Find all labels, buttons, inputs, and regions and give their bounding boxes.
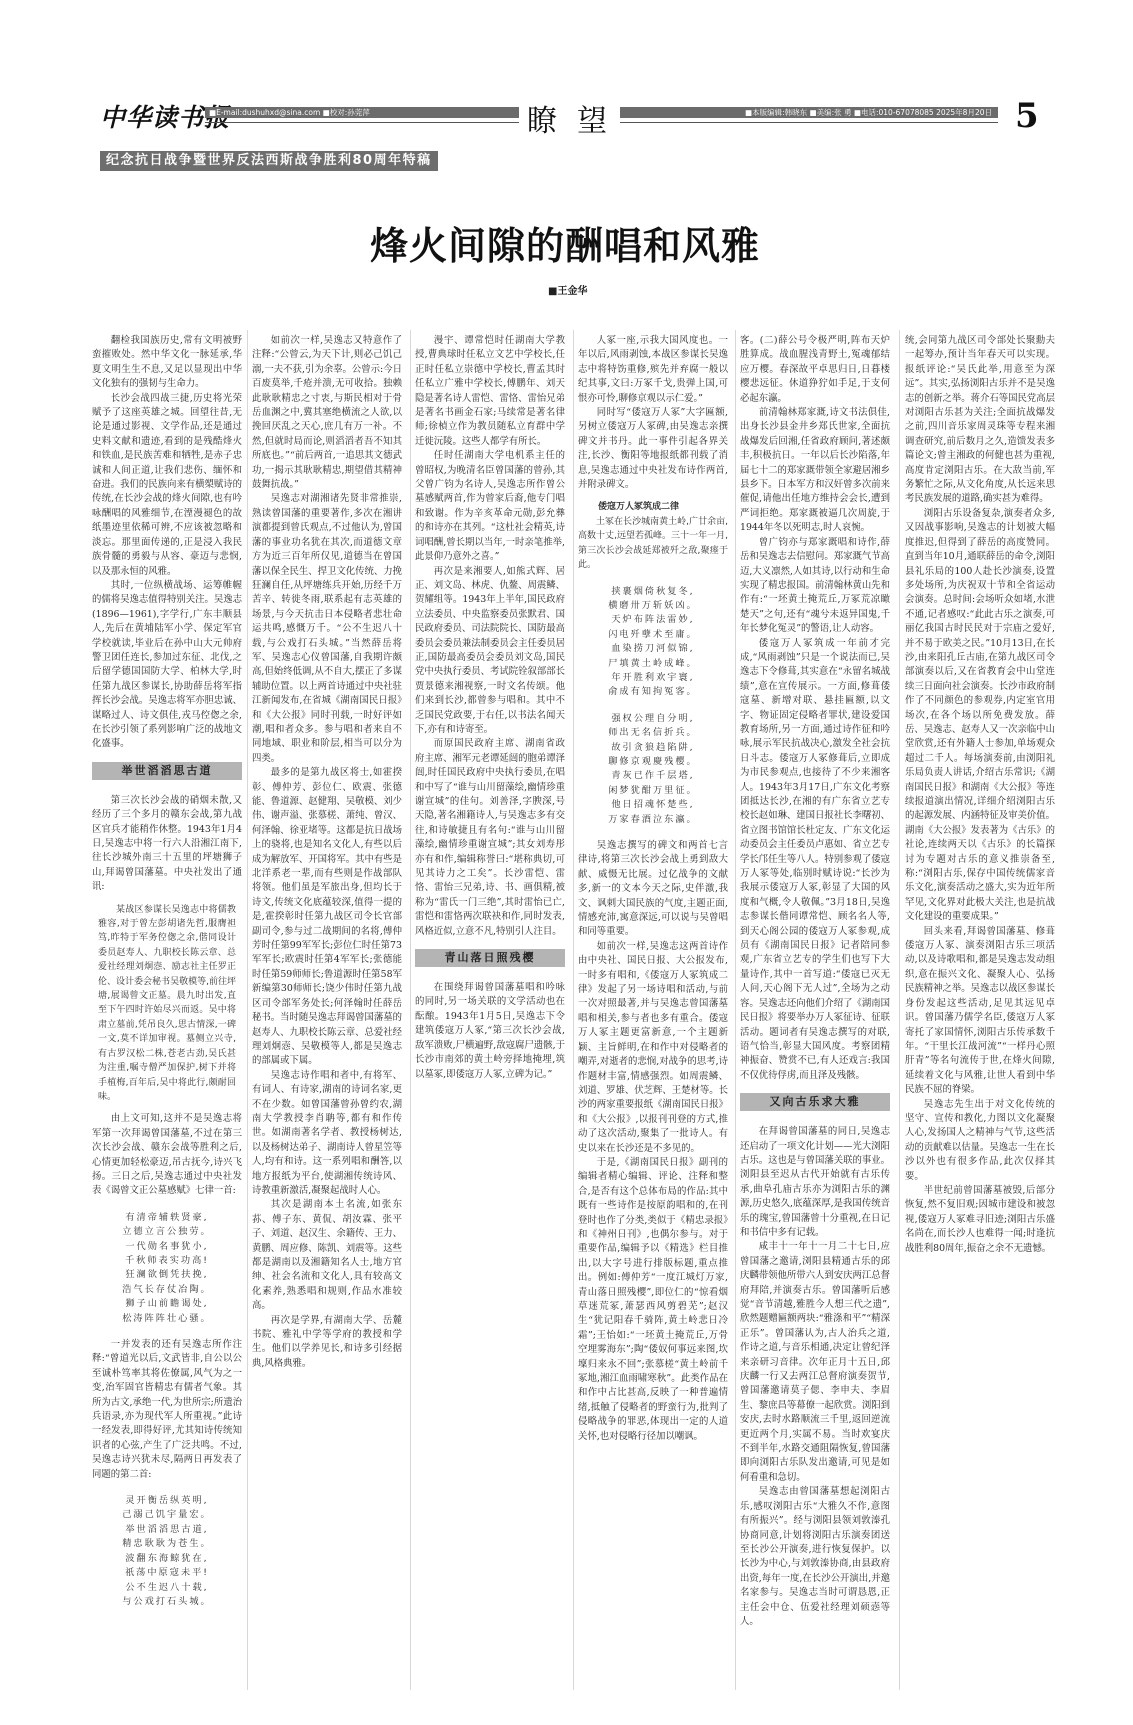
paragraph: 在围绕拜谒曾国藩墓唱和吟咏的同时,另一场关联的文学活动也在酝酿。1943年1月5… [415,981,565,1082]
column-divider [247,330,248,1690]
poem-line: 聊修京观慶残樱。 [578,755,728,769]
paragraph: 于是,《湖南国民日报》副刊的编辑者精心编辑、评论、注释和整合,是否有这个总体布局… [578,1156,728,1444]
news-dispatch-quote: 某战区参谋长吴逸志中将儒教雅容,对于曾左彭胡诸先哲,服膺袒笃,昨特于军务倥偬之余… [92,903,242,1105]
poem-line: 一代勋名事犹小, [92,1240,242,1254]
poem-line: 狮子山前瞻谒处, [92,1297,242,1311]
poem-line: 血染捞刀河似锦, [578,642,728,656]
paragraph: 如前次一样,吴逸志又特意作了注释:“公曾云,为天下计,则必己饥己溺,一夫不获,引… [252,334,402,492]
column-divider [735,330,736,1690]
poem-intro: 土冢在长沙城南黄土岭,广廿余亩,高数十丈,远望若孤峰。三十一年一月,第三次长沙会… [578,515,728,573]
poem-line: 横磨卅万斩妖凶。 [578,599,728,613]
poem-line: 祇荡中原寇未平! [92,1566,242,1580]
paragraph: 由上文可知,这并不是吴逸志将军第一次拜谒曾国藩墓,不过在第三次长沙会战、赣东会战… [92,1112,242,1198]
paragraph: 回头来看,拜谒曾国藩墓、修葺倭寇万人冢、演奏浏阳古乐三项活动,以及诗歌唱和,都是… [905,925,1055,1098]
poem-line: 公不生迟八十载, [92,1581,242,1595]
column-divider [573,330,574,1690]
poem: 挟裹烟倚秋复冬, 横磨卅万斩妖凶。 天炉布阵法雷妙, 闪电歼孽术至庸。 血染捞刀… [578,585,728,700]
poem-title: 倭寇万人冢筑成二律 [578,500,728,514]
subheading: 举世滔滔思古道 [92,762,242,780]
paragraph: 而原国民政府主席、湖南省政府主席、湘军元老谭延闿的胞弟谭泽闿,时任国民政府中央执… [415,737,565,939]
poem-line: 与公戏打石头城。 [92,1595,242,1609]
paragraph: 长沙会战四战三捷,历史将光荣赋予了这座英雄之城。回望往昔,无论是通过影视、文学作… [92,392,242,579]
poem-line: 举世滔滔思古道, [92,1523,242,1537]
article-column-5: 客。(二)薛公号令极严明,阵布天炉胜算成。战血腥浅青野土,冤魂郁结应万樱。春深故… [740,334,890,1629]
poem-line: 千秋师表实功高! [92,1254,242,1268]
paragraph: 浏阳古乐设备复杂,演奏者众多,又因战事影响,吴逸志的计划被大幅度推迟,但得到了薛… [905,507,1055,925]
poem: 强权公理自分明, 师出无名信折兵。 故引贪狼趋陷阱, 聊修京观慶残樱。 青灰已作… [578,712,728,827]
paragraph: 最多的是第九战区将士,如霍揆彰、傅仲芳、彭位仁、欧震、张德能、鲁道源、赵健翔、吴… [252,766,402,1069]
paragraph: 吴逸志对湖湘诸先贤非常推崇,熟读曾国藩的重要著作,多次在湘讲演都提到曾氏观点,不… [252,492,402,766]
paragraph: 半世纪前曾国藩墓被毁,后部分恢复,然不复旧观;因城市建设和被忽视,倭寇万人冢难寻… [905,1184,1055,1256]
paragraph: 任时任湖南大学电机系主任的曾昭权,为晚清名臣曾国藩的曾孙,其父曾广钧为名诗人,吴… [415,449,565,564]
paragraph: 倭寇万人冢筑成一年前才完成,“风雨剥蚀”只是一个说法而已,吴逸志下令修葺,其实意… [740,637,890,1084]
header-rule-right [620,122,998,123]
poem: 有清帝辅轶贤豪, 立德立言公独劳。 一代勋名事犹小, 千秋师表实功高! 狂澜欲倒… [92,1211,242,1326]
poem-line: 年开胜利欢宇寰, [578,671,728,685]
newspaper-page: 中华读书报 ■E-mail:dushuhxd@sina.com ■校对:孙莞萍 … [0,0,1133,1725]
header-rule-left [205,122,519,123]
paragraph: 第三次长沙会战的硝烟未散,又经历了三个多月的赣东会战,第九战区官兵才能稍作休整。… [92,794,242,895]
poem-line: 师出无名信折兵。 [578,726,728,740]
poem-line: 尸填黄土岭成峰。 [578,657,728,671]
poem-line: 天炉布阵法雷妙, [578,613,728,627]
poem-line: 松涛阵阵壮心骚。 [92,1312,242,1326]
paragraph: 在拜谒曾国藩墓的同日,吴逸志还启动了一项文化计划——光大浏阳古乐。这也是与曾国藩… [740,1125,890,1240]
paragraph: 吴逸志先生出于对文化传统的坚守、宣传和教化,力图以文化凝聚人心,发扬国人之精神与… [905,1098,1055,1184]
special-feature-banner: 纪念抗日战争暨世界反法西斯战争胜利80周年特稿 [100,151,438,171]
article-column-4: 人冢一座,示我大国风度也。一年以后,风雨剥蚀,本战区参谋长吴逸志中将特饬重修,殡… [578,334,728,1444]
poem-line: 精忠耿耿为苍生。 [92,1537,242,1551]
poem-line: 故引贪狼趋陷阱, [578,741,728,755]
poem-line: 立德立言公独劳。 [92,1225,242,1239]
paragraph: 咸丰十一年十一月二十七日,应曾国藩之邀请,浏阳县精通古乐的邱庆麟带领他所带六人到… [740,1240,890,1485]
editor-info-bar: ■本版编辑:韩晓东 ■美编:张 勇 ■电话:010-67078085 2025年… [620,107,998,118]
section-name: 瞭望 [527,96,627,140]
contact-bar: ■E-mail:dushuhxd@sina.com ■校对:孙莞萍 [205,107,519,118]
paragraph: 人冢一座,示我大国风度也。一年以后,风雨剥蚀,本战区参谋长吴逸志中将特饬重修,殡… [578,334,728,406]
poem-line: 己溺己饥宇量宏。 [92,1508,242,1522]
poem: 灵开衡岳纵英明, 己溺己饥宇量宏。 举世滔滔思古道, 精忠耿耿为苍生。 波翻东海… [92,1494,242,1609]
poem-line: 浩气长存仗冶陶。 [92,1283,242,1297]
poem-line: 波翻东海鲸犹在, [92,1552,242,1566]
paragraph: 同时写“倭寇万人冢”大字匾额,另树立倭寇万人冢碑,由吴逸志亲撰碑文并书丹。此一事… [578,406,728,492]
column-divider [899,330,900,1690]
article-byline: ■王金华 [548,282,587,297]
poem-line: 闪电歼孽术至庸。 [578,628,728,642]
paragraph: 再次是学界,有湖南大学、岳麓书院、雅礼中学等学府的教授和学生。他们以学养见长,和… [252,1314,402,1372]
paragraph: 一并发表的还有吴逸志所作注释:“曾道光以后,文武皆非,自公以公至诚朴笃率其将佐僚… [92,1338,242,1482]
poem-line: 强权公理自分明, [578,712,728,726]
article-column-6: 统,会同第九战区司令部处长聚勳夫一起筹办,预计当年春天可以实现。报纸评论:“吴氏… [905,334,1055,1256]
paragraph: 再次是来湘要人,如熊式辉、居正、刘文岛、林虎、仇鳌、周震鳞、贺耀组等。1943年… [415,565,565,738]
poem-line: 青灰已作千层塔, [578,769,728,783]
paragraph: 如前次一样,吴逸志这两首诗作由中央社、国民日报、大公报发布,一时多有唱和,《倭寇… [578,940,728,1156]
poem-line: 有清帝辅轶贤豪, [92,1211,242,1225]
subheading: 又向古乐求大雅 [740,1093,890,1111]
paragraph: 前清翰林郑家溉,诗文书法俱佳,出身长沙县金井乡郑氏世家,全面抗战爆发后回湘,任省… [740,406,890,536]
paragraph: 吴逸志撰写的碑文和两首七言律诗,将第三次长沙会战上勇到敌大献、威慑无比展。过亿战… [578,839,728,940]
article-column-1: 翻检我国族历史,常有文明被野蛮摧败处。然中华文化一脉延承,华夏文明生生不息,又足… [92,334,242,1621]
paragraph: 统,会同第九战区司令部处长聚勳夫一起筹办,预计当年春天可以实现。报纸评论:“吴氏… [905,334,1055,507]
poem-line: 闲梦犹酣万里征。 [578,784,728,798]
paragraph: 曾广钧亦与郑家溉唱和诗作,薛岳和吴逸志去信慰问。郑家溉气节高迈,大义凛然,人如其… [740,536,890,637]
column-divider [410,330,411,1690]
article-column-3: 漫宇、谭常恺时任湖南大学教授,曹典球时任私立文艺中学校长,任正时任私立崇德中学校… [415,334,565,1082]
poem-line: 万家春酒泣东瀛。 [578,813,728,827]
article-column-2: 如前次一样,吴逸志又特意作了注释:“公曾云,为天下计,则必己饥己溺,一夫不获,引… [252,334,402,1371]
poem-line: 灵开衡岳纵英明, [92,1494,242,1508]
poem-line: 狂澜欲倒凭扶挽, [92,1268,242,1282]
paragraph: 漫宇、谭常恺时任湖南大学教授,曹典球时任私立文艺中学校长,任正时任私立崇德中学校… [415,334,565,449]
poem-line: 他日招魂怀楚些, [578,798,728,812]
subheading: 青山落日照残樱 [415,949,565,967]
paragraph: 客。(二)薛公号令极严明,阵布天炉胜算成。战血腥浅青野土,冤魂郁结应万樱。春深故… [740,334,890,406]
quote-text: 某战区参谋长吴逸志中将儒教雅容,对于曾左彭胡诸先哲,服膺袒笃,昨特于军务倥偬之余… [98,903,236,1105]
poem-line: 挟裹烟倚秋复冬, [578,585,728,599]
paragraph: 吴逸志由曾国藩墓想起浏阳古乐,感叹浏阳古乐“大雅久不作,意图有所振兴”。经与浏阳… [740,1485,890,1629]
poem-line: 俞成有知拘冤客。 [578,685,728,699]
paragraph: 翻检我国族历史,常有文明被野蛮摧败处。然中华文化一脉延承,华夏文明生生不息,又足… [92,334,242,392]
article-title: 烽火间隙的酬唱和风雅 [370,215,760,270]
paragraph: 其次是湖南本土名流,如张东荪、傅子东、黄侃、胡汝霖、张平子、刘道、赵汉生、余籍传… [252,1198,402,1313]
page-number: 5 [1015,96,1039,136]
paragraph: 其时,一位纵横战场、运筹帷幄的儒将吴逸志值得特别关注。吴逸志(1896—1961… [92,579,242,752]
paragraph: 吴逸志诗作唱和者中,有将军、有词人、有诗家,湖南的诗词名家,更不在少数。如曾国藩… [252,1069,402,1199]
